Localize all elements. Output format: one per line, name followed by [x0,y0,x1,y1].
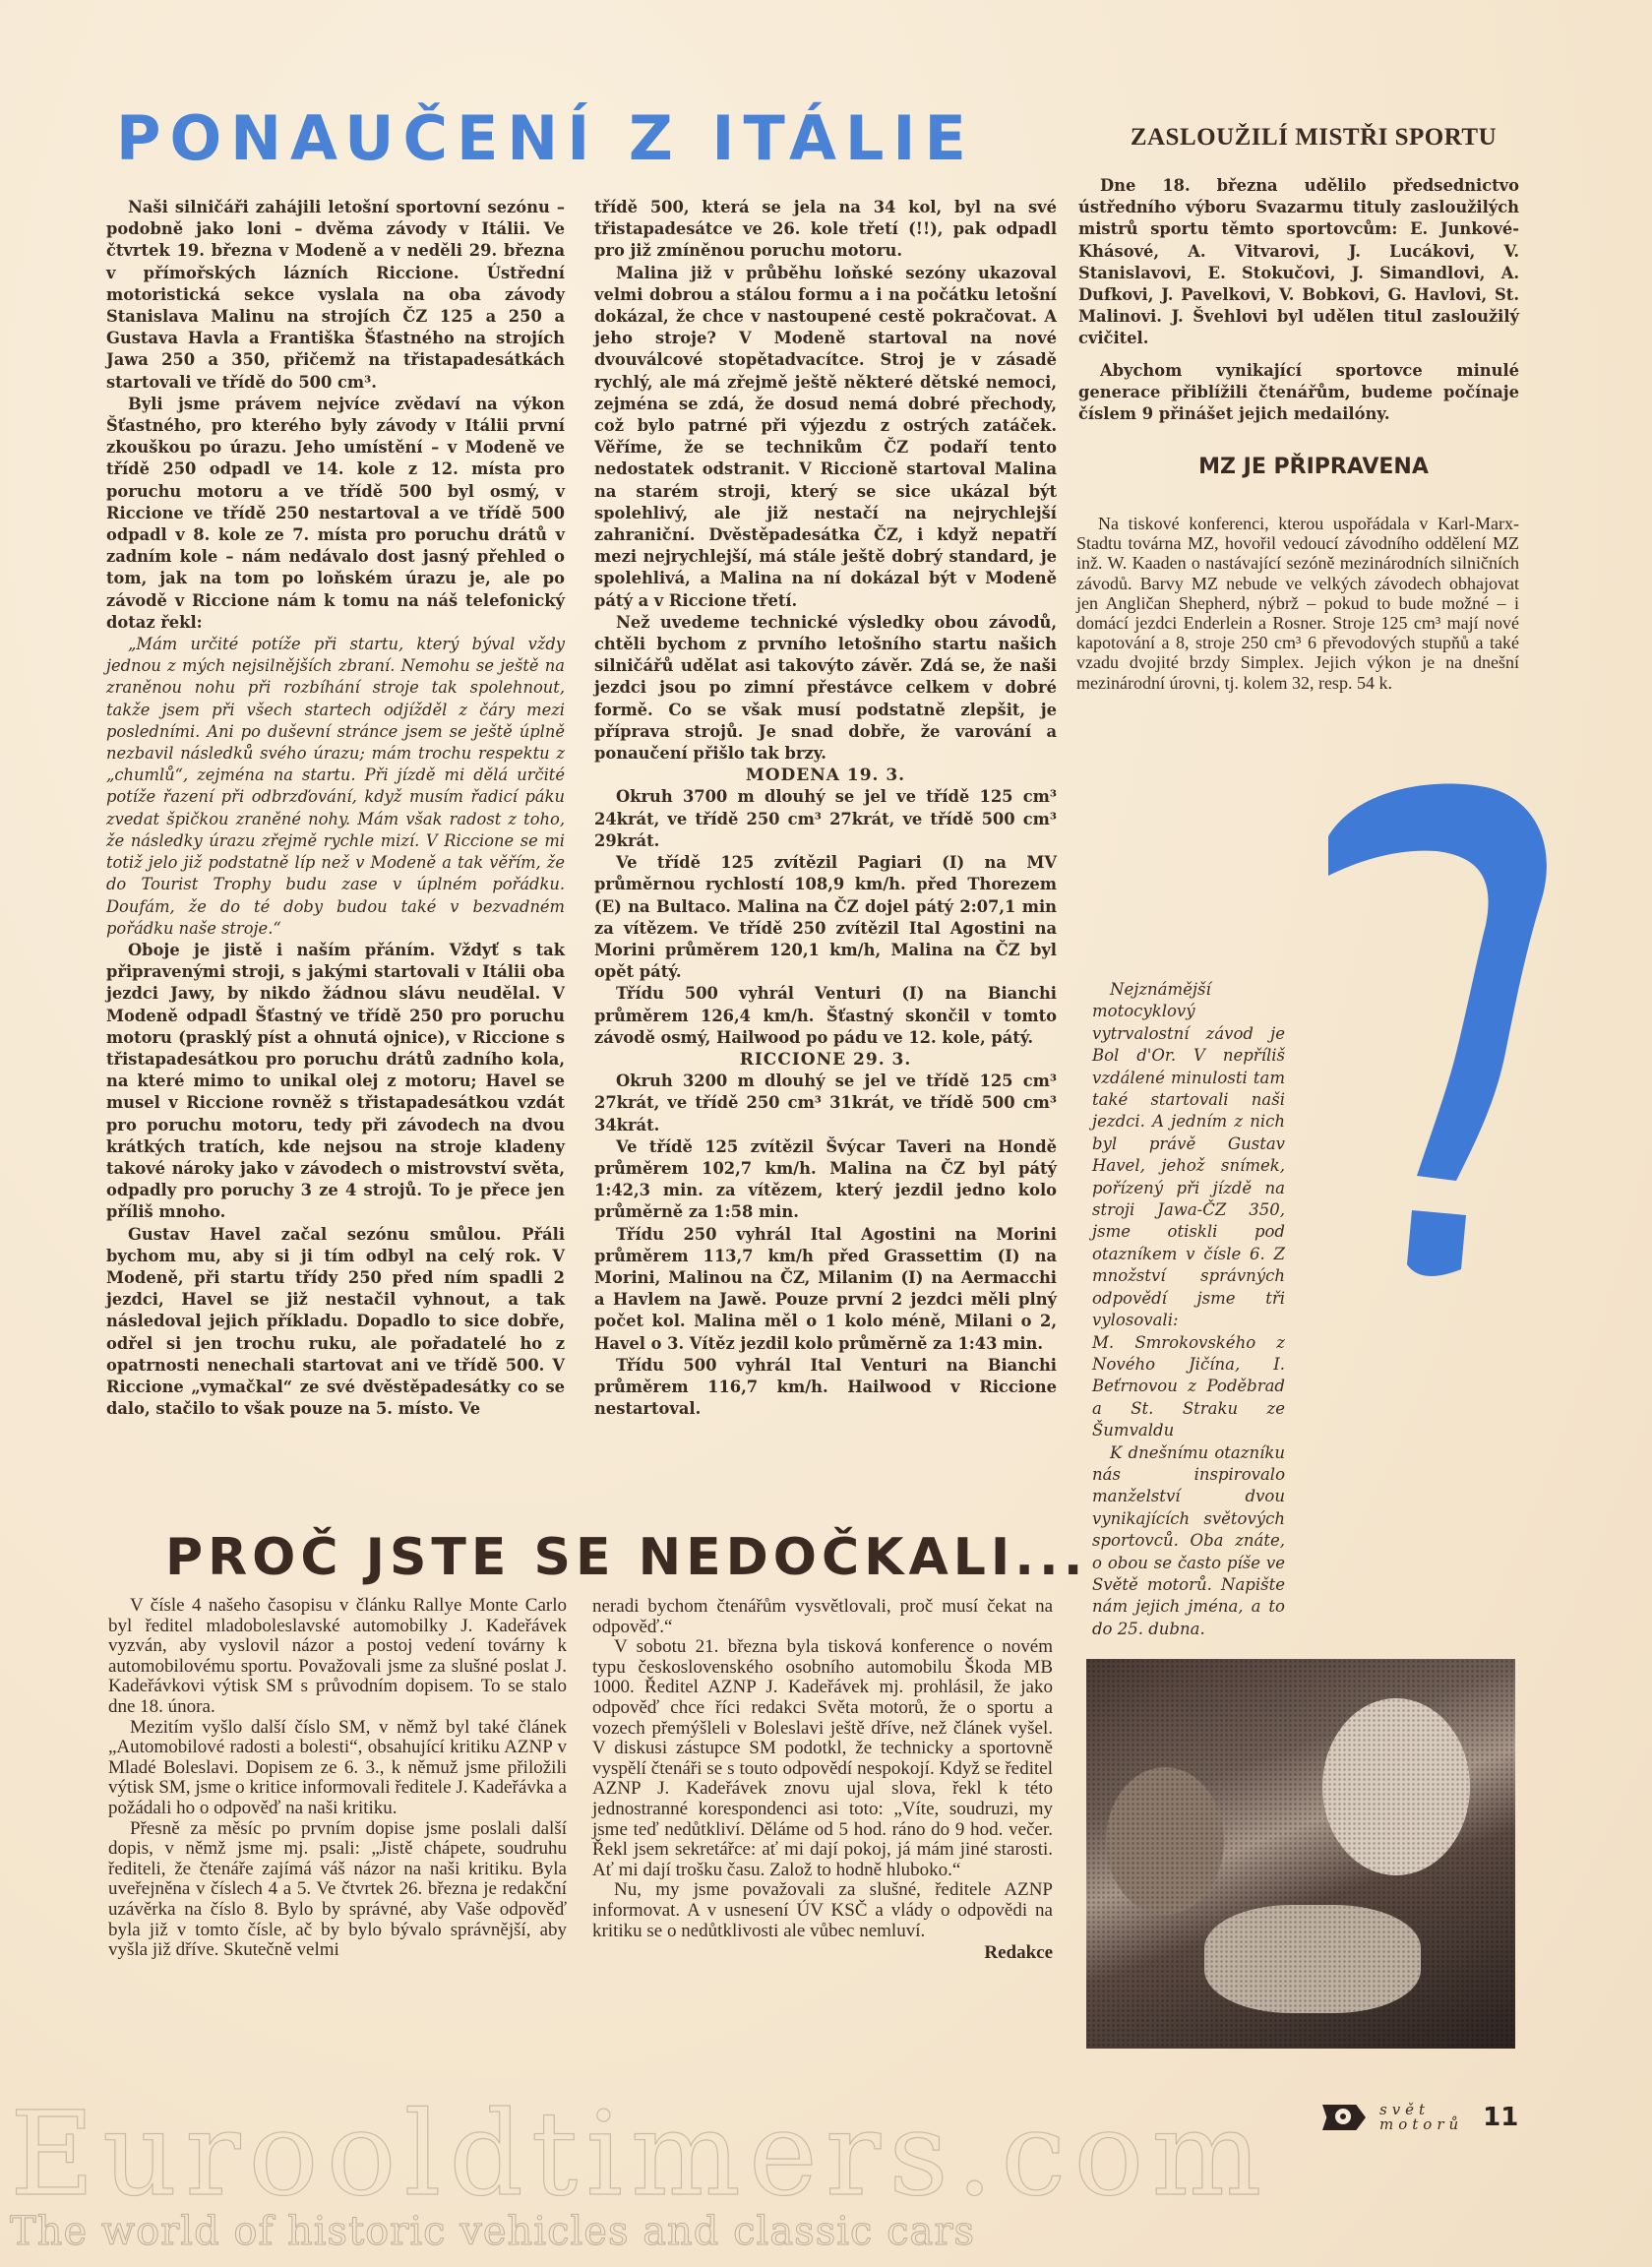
paragraph: Okruh 3200 m dlouhý se jel ve třídě 125 … [594,1071,1057,1136]
magazine-logo-icon [1322,2105,1366,2130]
paragraph: Oboje je jistě i naším přáním. Vždyť s t… [106,940,565,1224]
paragraph: Přesně za měsíc po prvním dopise jsme po… [108,1819,567,1961]
article-title-zasloužili: ZASLOUŽILÍ MISTŘI SPORTU [1097,124,1530,152]
results-heading-modena: MODENA 19. 3. [594,765,1057,786]
article2-body: Dne 18. března udělilo předsednictvo úst… [1078,175,1519,425]
paragraph: Okruh 3700 m dlouhý se jel ve třídě 125 … [594,786,1057,852]
paragraph: Třídu 250 vyhrál Ital Agostini na Morini… [594,1224,1057,1355]
paragraph: třídě 500, která se jela na 34 kol, byl … [594,197,1057,263]
article4-column-2: neradi bychom čtenářům vysvětlovali, pro… [592,1597,1053,1964]
article1-column-1: Naši silničáři zahájili letošní sportovn… [106,197,565,1420]
paragraph: neradi bychom čtenářům vysvětlovali, pro… [592,1597,1053,1637]
article-title-proc: PROČ JSTE SE NEDOČKALI... [165,1528,1087,1587]
paragraph: Byli jsme právem nejvíce zvědaví na výko… [106,394,565,634]
watermark-tagline: The world of historic vehicles and class… [10,2209,975,2254]
quote-paragraph: „Mám určité potíže při startu, který býv… [106,634,565,940]
paragraph: Třídu 500 vyhrál Ital Venturi na Bianchi… [594,1355,1057,1421]
paragraph: Ve třídě 125 zvítězil Švýcar Taveri na H… [594,1136,1057,1224]
photo-workshop [1086,1659,1515,2049]
paragraph: Nu, my jsme považovali za slušné, ředite… [592,1880,1053,1941]
quiz-caption: Nejznámější motocyklový vytrvalostní záv… [1092,979,1285,1640]
article1-column-2: třídě 500, která se jela na 34 kol, byl … [594,197,1057,1420]
paragraph: Na tiskové konferenci, kterou uspořádala… [1076,514,1519,693]
question-mark-illustration [1318,767,1574,1322]
paragraph: Malina již v průběhu loňské sezóny ukazo… [594,263,1057,612]
paragraph: K dnešnímu otazníku nás inspirovalo manž… [1092,1442,1285,1641]
article4-column-1: V čísle 4 našeho časopisu v článku Rally… [108,1596,567,1961]
signoff: Redakce [592,1943,1053,1964]
magazine-name: svět motorů [1379,2103,1463,2132]
article-title-mz: MZ JE PŘIPRAVENA [1171,455,1456,479]
watermark-text: Eurooldtimers.com [10,2086,1269,2222]
article-title-ponauceni: PONAUČENÍ Z ITÁLIE [116,102,975,174]
paragraph: Nejznámější motocyklový vytrvalostní záv… [1092,979,1285,1332]
paragraph: Gustav Havel začal sezónu smůlou. Přáli … [106,1224,565,1421]
paragraph: V sobotu 21. března byla tisková konfere… [592,1637,1053,1880]
paragraph: Naši silničáři zahájili letošní sportovn… [106,197,565,394]
paragraph: Mezitím vyšlo další číslo SM, v němž byl… [108,1718,567,1819]
paragraph: Abychom vynikající sportovce minulé gene… [1078,360,1519,426]
magazine-footer: svět motorů 11 [1322,2103,1518,2132]
results-heading-riccione: RICCIONE 29. 3. [594,1049,1057,1071]
article3-body: Na tiskové konferenci, kterou uspořádala… [1076,514,1519,693]
paragraph: Než uvedeme technické výsledky obou závo… [594,612,1057,765]
paragraph: Ve třídě 125 zvítězil Pagiari (I) na MV … [594,852,1057,983]
winners-list: M. Smrokovského z Nového Jičína, I. Beťr… [1092,1332,1285,1442]
paragraph: Třídu 500 vyhrál Venturi (I) na Bianchi … [594,983,1057,1049]
paragraph: Dne 18. března udělilo předsednictvo úst… [1078,175,1519,350]
page-number: 11 [1483,2103,1518,2132]
question-mark-icon [1318,767,1574,1318]
paragraph: V čísle 4 našeho časopisu v článku Rally… [108,1596,567,1718]
